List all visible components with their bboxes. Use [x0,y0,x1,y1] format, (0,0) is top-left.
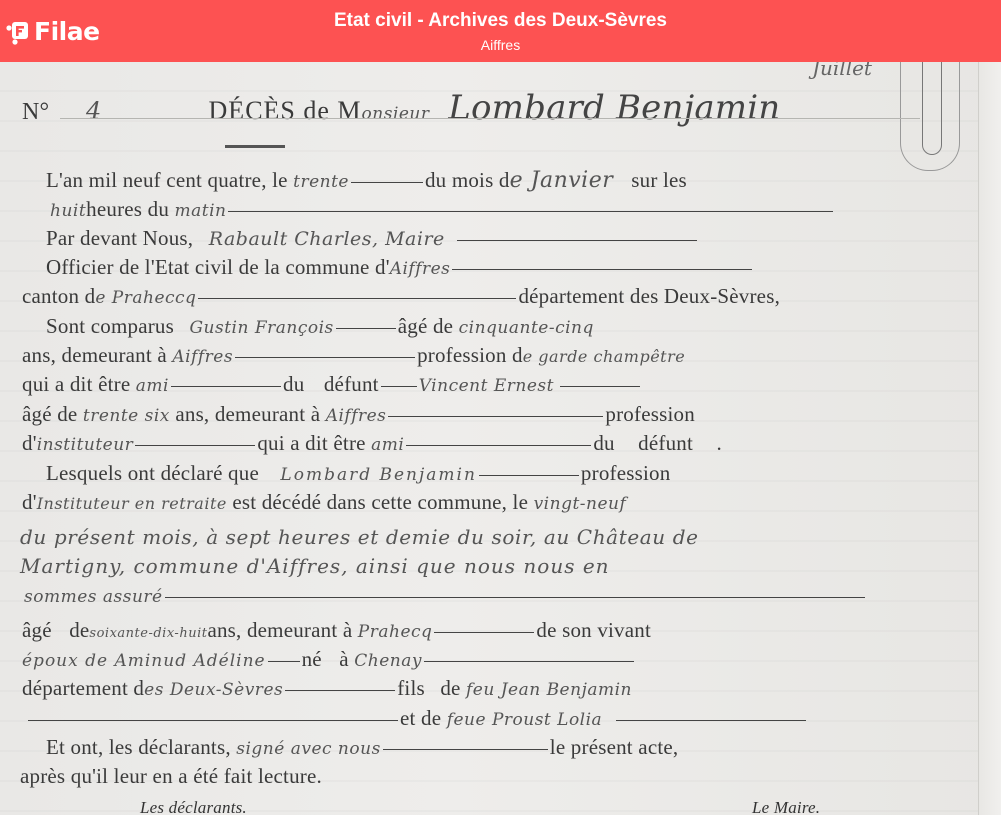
record-title: N° 4 DÉCÈS de Monsieur Lombard Benjamin [22,88,780,128]
commune-name: Aiffres [0,35,1001,55]
line-signature-statement: Et ont, les déclarants, signé avec nousl… [46,735,678,760]
document-viewer[interactable]: Juillet N° 4 DÉCÈS de Monsieur Lombard B… [0,62,1001,815]
line-witness2-profession: d'instituteurqui a dit être amidu défunt… [22,431,722,456]
line-reading: après qu'il leur en a été fait lecture. [20,764,322,789]
line-death-detail-3: sommes assuré [24,583,867,608]
line-officer: Par devant Nous, Rabault Charles, Maire [46,226,699,251]
margin-bracket-outer [900,62,960,171]
civility: onsieur [362,104,430,124]
line-age-deceased: âgé desoixante-dix-huitans, demeurant à … [22,618,651,643]
mayor-hand: Rabault Charles, Maire [209,228,445,250]
margin-note: Juillet [812,62,872,80]
maire-label: Le Maire. [752,798,820,815]
day-hand: trente [293,172,349,192]
deceased-name: Lombard Benjamin [280,465,477,485]
number-label: N° [22,99,49,125]
top-bar: Filae Etat civil - Archives des Deux-Sèv… [0,0,1001,62]
declarants-label: Les déclarants. [140,798,247,815]
title-underline [60,118,920,119]
father-name: feu Jean Benjamin [466,680,632,700]
page-edge [978,62,1001,815]
line-declared: Lesquels ont déclaré que Lombard Benjami… [46,461,670,486]
line-parents: département des Deux-Sèvresfils de feu J… [22,676,632,701]
line-hour: huitheures du matin [50,197,835,222]
deceased-name-header: Lombard Benjamin [448,88,780,128]
title-separator [225,145,285,148]
line-death-detail-2: Martigny, commune d'Aiffres, ainsi que n… [20,554,610,579]
line-date: L'an mil neuf cent quatre, le trentedu m… [46,168,687,193]
line-witness1: Sont comparus Gustin Françoisâgé de cinq… [46,314,594,339]
line-death-detail-1: du présent mois, à sept heures et demie … [20,525,699,550]
page-heading: Etat civil - Archives des Deux-Sèvres Ai… [0,9,1001,55]
line-witness2: qui a dit être amidu défuntVincent Ernes… [22,372,642,397]
collection-title: Etat civil - Archives des Deux-Sèvres [0,9,1001,33]
line-death: d'Instituteur en retraite est décédé dan… [22,490,626,515]
line-witness2-age: âgé de trente six ans, demeurant à Aiffr… [22,402,695,427]
line-canton: canton de Praheccqdépartement des Deux-S… [22,284,780,309]
spouse-name: époux de Aminud Adéline [22,651,266,671]
line-mother: et de feue Proust Lolia [26,706,808,731]
line-witness1-residence: ans, demeurant à Aiffresprofession de ga… [22,343,685,368]
witness2-name: Vincent Ernest [419,376,554,396]
mother-name: feue Proust Lolia [447,710,603,730]
line-spouse: époux de Aminud Adélinené à Chenay [22,647,636,672]
record-number: 4 [86,97,102,125]
deces-label: DÉCÈS de M [209,96,362,125]
month-hand: e Janvier [510,168,614,193]
witness1-name: Gustin François [189,318,333,338]
line-commune: Officier de l'Etat civil de la commune d… [46,255,754,280]
